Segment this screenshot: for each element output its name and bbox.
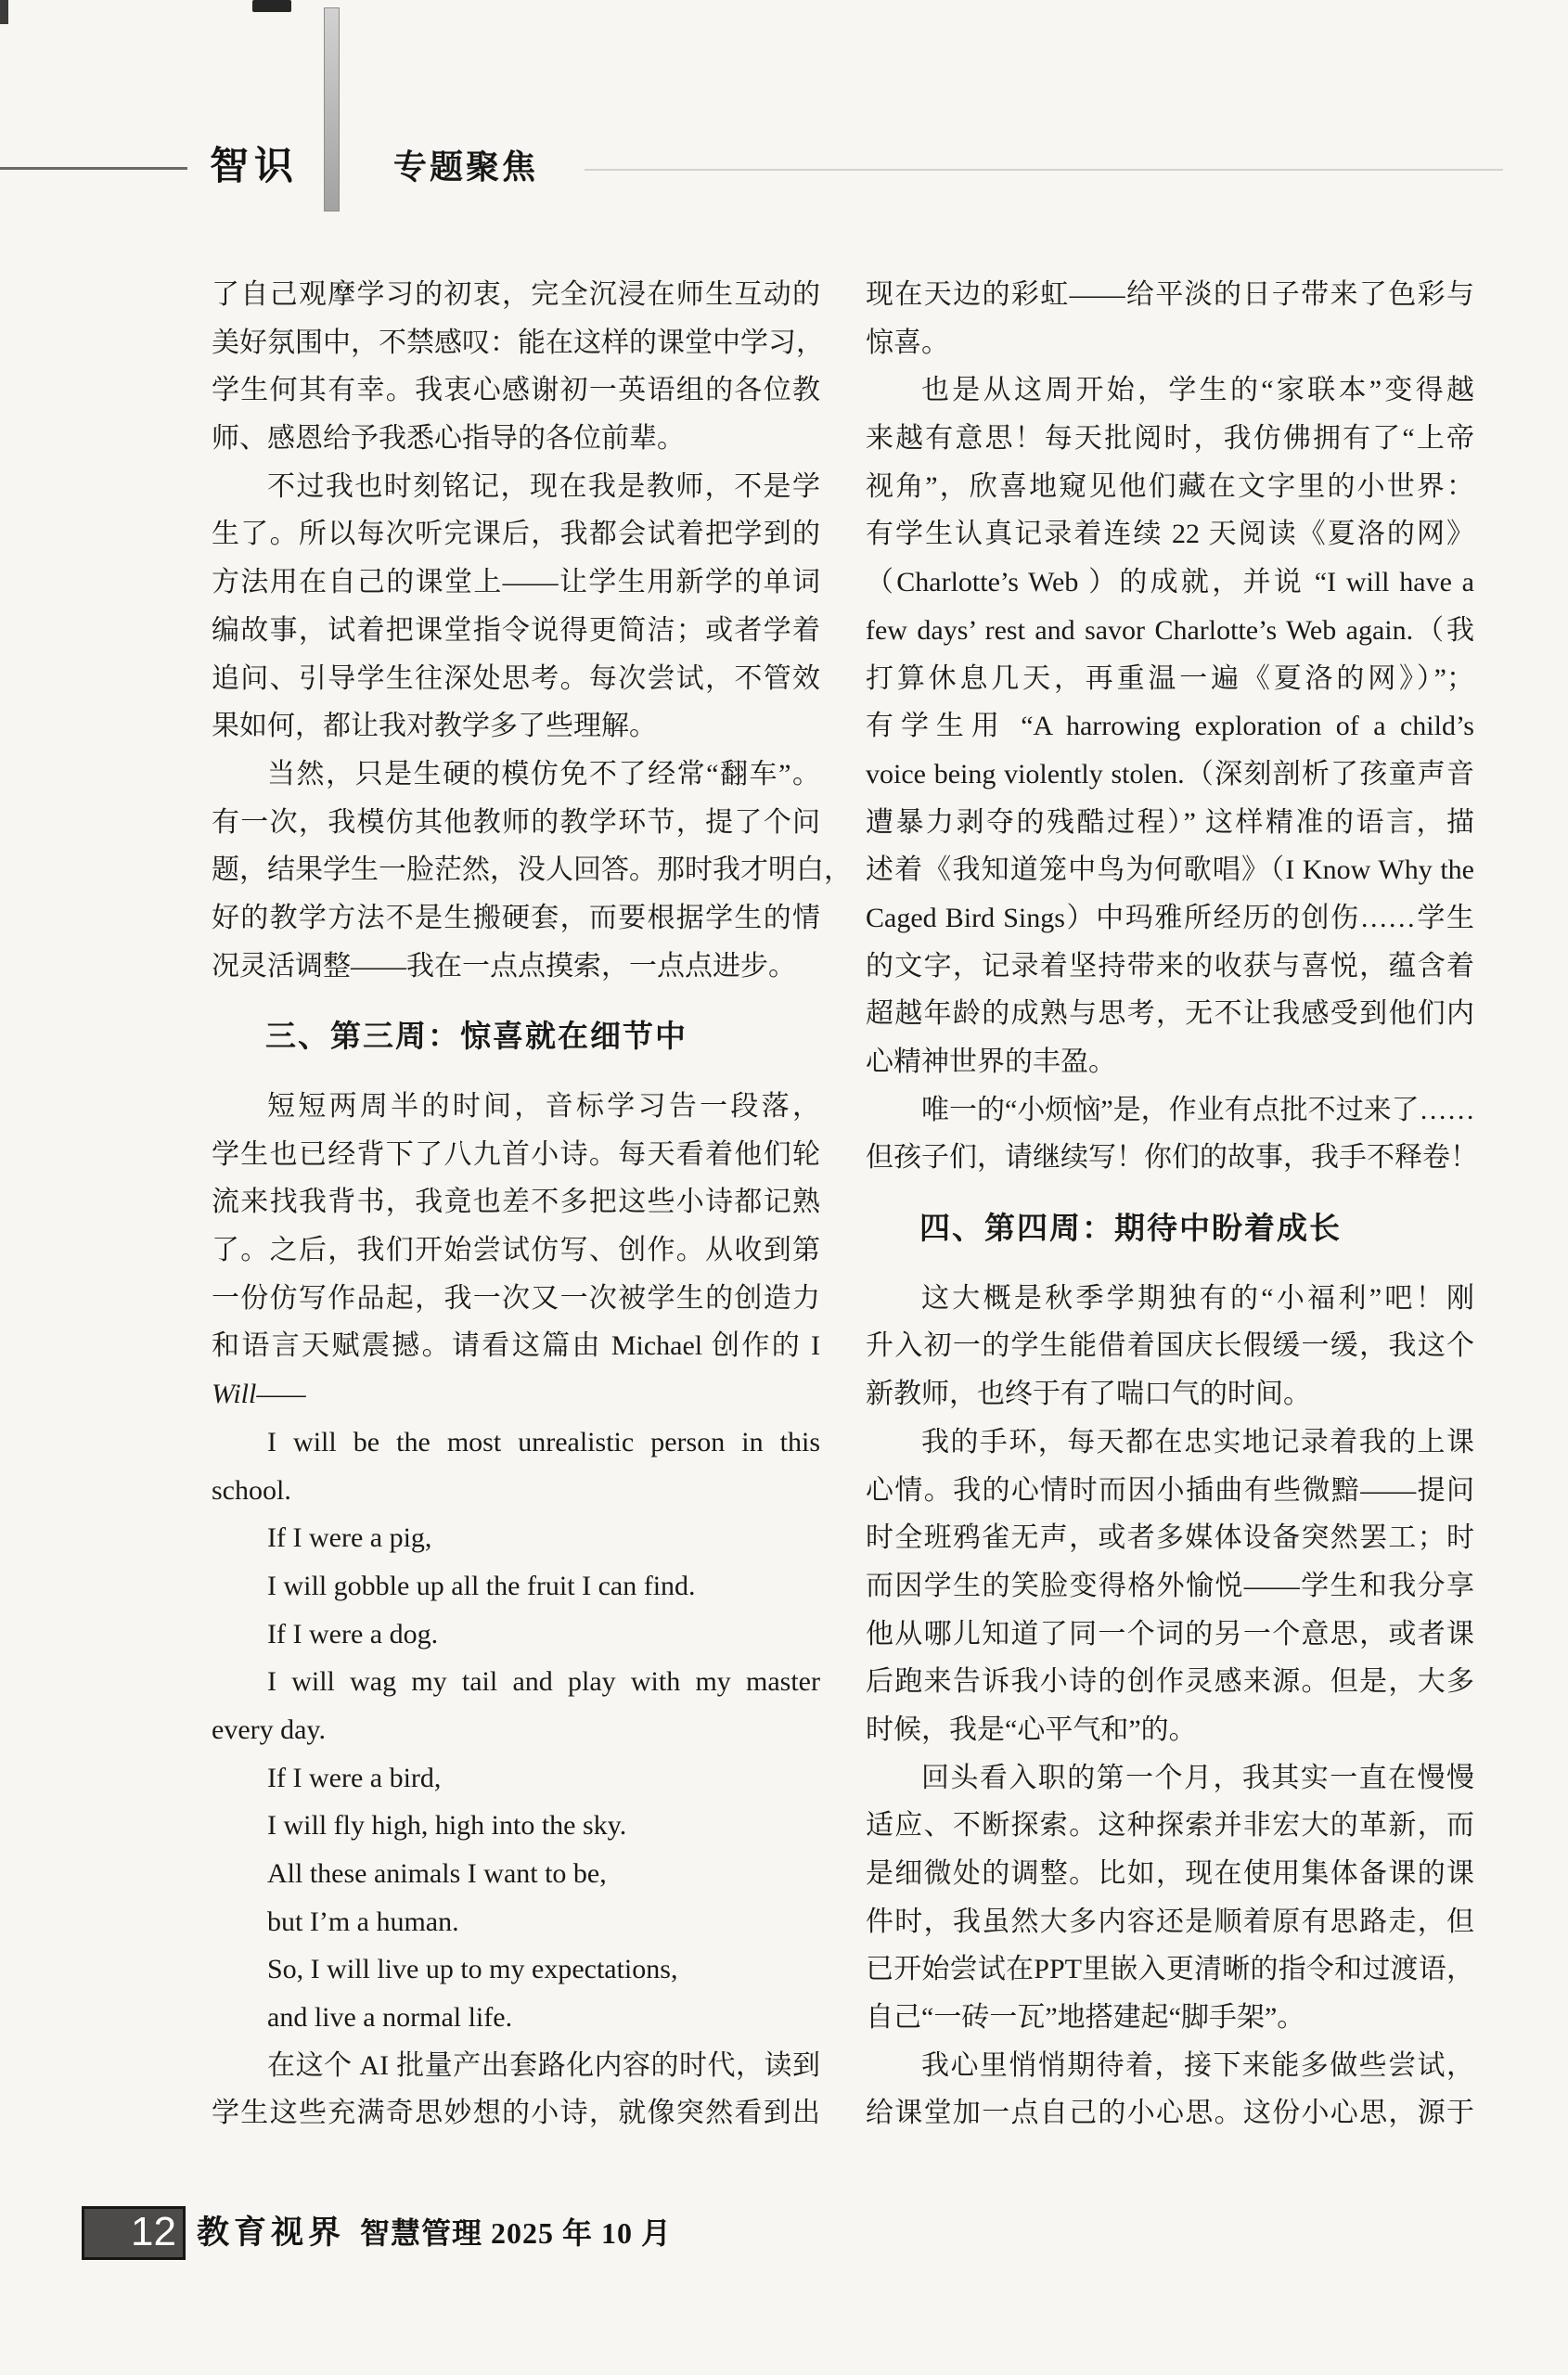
text-line: 升入初一的学生能借着国庆长假缓一缓，我这个: [866, 1322, 1474, 1370]
text-line: school.: [212, 1467, 820, 1515]
text-line: 一份仿写作品起，我一次又一次被学生的创造力: [212, 1275, 820, 1323]
text-line: 心精神世界的丰盈。: [866, 1038, 1474, 1086]
page-number-box: 12: [82, 2206, 186, 2260]
text-line: 况灵活调整——我在一点点摸索，一点点进步。: [212, 943, 820, 991]
text-line: 他从哪儿知道了同一个词的另一个意思，或者课: [866, 1611, 1474, 1659]
text-line: If I were a bird,: [212, 1754, 820, 1803]
text-line: I will wag my tail and play with my mast…: [212, 1658, 820, 1706]
scan-artifact-corner: [0, 0, 8, 24]
text-line: 方法用在自己的课堂上——让学生用新学的单词: [212, 558, 820, 607]
text-line: 流来找我背书，我竟也差不多把这些小诗都记熟: [212, 1178, 820, 1226]
page-number: 12: [131, 2209, 176, 2254]
text-line: 已开始尝试在PPT里嵌入更清晰的指令和过渡语，: [866, 1945, 1474, 1994]
text-line: 题，结果学生一脸茫然，没人回答。那时我才明白，: [212, 846, 820, 894]
text-line: 时候，我是“心平气和”的。: [866, 1706, 1474, 1754]
text-line: If I were a dog.: [212, 1611, 820, 1659]
text-line: 后跑来告诉我小诗的创作灵感来源。但是，大多: [866, 1658, 1474, 1706]
text-line: 而因学生的笑脸变得格外愉悦——学生和我分享: [866, 1562, 1474, 1611]
text-line: 好的教学方法不是生搬硬套，而要根据学生的情: [212, 894, 820, 943]
text-line: and live a normal life.: [212, 1994, 820, 2042]
text-line: 学生何其有幸。我衷心感谢初一英语组的各位教: [212, 366, 820, 415]
text-line: 现在天边的彩虹——给平淡的日子带来了色彩与: [866, 271, 1474, 319]
magazine-page: 智识 专题聚焦 了自己观摩学习的初衷，完全沉浸在师生互动的美好氛围中，不禁感叹：…: [0, 0, 1568, 2375]
text-line: 超越年龄的成熟与思考，无不让我感受到他们内: [866, 990, 1474, 1038]
text-line: 不过我也时刻铭记，现在我是教师，不是学: [212, 463, 820, 511]
text-line: but I’m a human.: [212, 1898, 820, 1946]
text-line: 了。之后，我们开始尝试仿写、创作。从收到第: [212, 1226, 820, 1275]
text-line: 但孩子们，请继续写！你们的故事，我手不释卷！: [866, 1134, 1474, 1182]
text-line: I will gobble up all the fruit I can fin…: [212, 1562, 820, 1611]
text-line: 编故事，试着把课堂指令说得更简洁；或者学着: [212, 607, 820, 655]
text-line: 唯一的“小烦恼”是，作业有点批不过来了……: [866, 1086, 1474, 1135]
text-line: 打算休息几天，再重温一遍《夏洛的网》）”；: [866, 655, 1474, 703]
text-line: （Charlotte’s Web ）的成就，并说 “I will have a: [866, 558, 1474, 607]
text-line: Will——: [212, 1370, 820, 1419]
journal-name: 教育视界: [197, 2215, 345, 2251]
text-line: every day.: [212, 1706, 820, 1754]
text-line: 也是从这周开始，学生的“家联本”变得越: [866, 366, 1474, 415]
scan-artifact-mark: [252, 0, 291, 12]
header-rule-left: [0, 167, 187, 170]
text-line: 述着《我知道笼中鸟为何歌唱》（I Know Why the: [866, 846, 1474, 894]
text-line: 适应、不断探索。这种探索并非宏大的革新，而: [866, 1802, 1474, 1850]
text-line: Caged Bird Sings）中玛雅所经历的创伤……学生: [866, 894, 1474, 943]
text-line: 心情。我的心情时而因小插曲有些微黯——提问: [866, 1467, 1474, 1515]
section-title: 专题聚焦: [393, 141, 538, 188]
text-line: So, I will live up to my expectations,: [212, 1945, 820, 1994]
text-line: 惊喜。: [866, 319, 1474, 367]
text-line: 我的手环，每天都在忠实地记录着我的上课: [866, 1419, 1474, 1467]
header-divider-bar: [324, 7, 340, 212]
text-line: 了自己观摩学习的初衷，完全沉浸在师生互动的: [212, 271, 820, 319]
text-line: 有学生用 “A harrowing exploration of a child…: [866, 702, 1474, 751]
text-line: 有学生认真记录着连续 22 天阅读《夏洛的网》: [866, 510, 1474, 558]
text-line: voice being violently stolen.（深刻剖析了孩童声音: [866, 751, 1474, 799]
text-line: 和语言天赋震撼。请看这篇由 Michael 创作的 I: [212, 1322, 820, 1370]
text-line: 来越有意思！每天批阅时，我仿佛拥有了“上帝: [866, 415, 1474, 463]
text-line: 时全班鸦雀无声，或者多媒体设备突然罢工；时: [866, 1514, 1474, 1562]
text-line: 件时，我虽然大多内容还是顺着原有思路走，但: [866, 1898, 1474, 1946]
text-line: I will fly high, high into the sky.: [212, 1802, 820, 1850]
text-line: 果如何，都让我对教学多了些理解。: [212, 702, 820, 751]
text-line: 美好氛围中，不禁感叹：能在这样的课堂中学习，: [212, 319, 820, 367]
text-line: 学生也已经背下了八九首小诗。每天看着他们轮: [212, 1131, 820, 1179]
text-line: 遭暴力剥夺的残酷过程）” 这样精准的语言，描: [866, 799, 1474, 847]
text-line: 是细微处的调整。比如，现在使用集体备课的课: [866, 1850, 1474, 1898]
text-line: 有一次，我模仿其他教师的教学环节，提了个问: [212, 799, 820, 847]
issue-info: 智慧管理 2025 年 10 月: [360, 2216, 672, 2250]
text-line: few days’ rest and savor Charlotte’s Web…: [866, 607, 1474, 655]
text-line: 追问、引导学生往深处思考。每次尝试，不管效: [212, 655, 820, 703]
header-rule-right: [585, 169, 1503, 171]
text-line: 给课堂加一点自己的小心思。这份小心思，源于: [866, 2089, 1474, 2137]
footer-journal-line: 教育视界智慧管理 2025 年 10 月: [197, 2206, 672, 2260]
text-line: 视角”，欣喜地窥见他们藏在文字里的小世界：: [866, 463, 1474, 511]
left-column: 了自己观摩学习的初衷，完全沉浸在师生互动的美好氛围中，不禁感叹：能在这样的课堂中…: [212, 271, 820, 2137]
text-line: 回头看入职的第一个月，我其实一直在慢慢: [866, 1754, 1474, 1803]
section-heading: 四、第四周：期待中盼着成长: [866, 1204, 1474, 1252]
text-line: If I were a pig,: [212, 1514, 820, 1562]
section-heading: 三、第三周：惊喜就在细节中: [212, 1012, 820, 1060]
text-line: 学生这些充满奇思妙想的小诗，就像突然看到出: [212, 2089, 820, 2137]
text-line: 短短两周半的时间，音标学习告一段落，: [212, 1083, 820, 1131]
text-line: 在这个 AI 批量产出套路化内容的时代，读到: [212, 2042, 820, 2090]
text-line: 自己“一砖一瓦”地搭建起“脚手架”。: [866, 1994, 1474, 2042]
right-column: 现在天边的彩虹——给平淡的日子带来了色彩与惊喜。也是从这周开始，学生的“家联本”…: [866, 271, 1474, 2137]
magazine-brand: 智识: [210, 135, 299, 191]
text-line: I will be the most unrealistic person in…: [212, 1419, 820, 1467]
text-line: 师、感恩给予我悉心指导的各位前辈。: [212, 415, 820, 463]
text-line: 这大概是秋季学期独有的“小福利”吧！刚: [866, 1275, 1474, 1323]
text-line: 我心里悄悄期待着，接下来能多做些尝试，: [866, 2042, 1474, 2090]
text-line: 的文字，记录着坚持带来的收获与喜悦，蕴含着: [866, 943, 1474, 991]
text-line: All these animals I want to be,: [212, 1850, 820, 1898]
text-line: 生了。所以每次听完课后，我都会试着把学到的: [212, 510, 820, 558]
text-line: 新教师，也终于有了喘口气的时间。: [866, 1370, 1474, 1419]
text-line: 当然，只是生硬的模仿免不了经常“翻车”。: [212, 751, 820, 799]
